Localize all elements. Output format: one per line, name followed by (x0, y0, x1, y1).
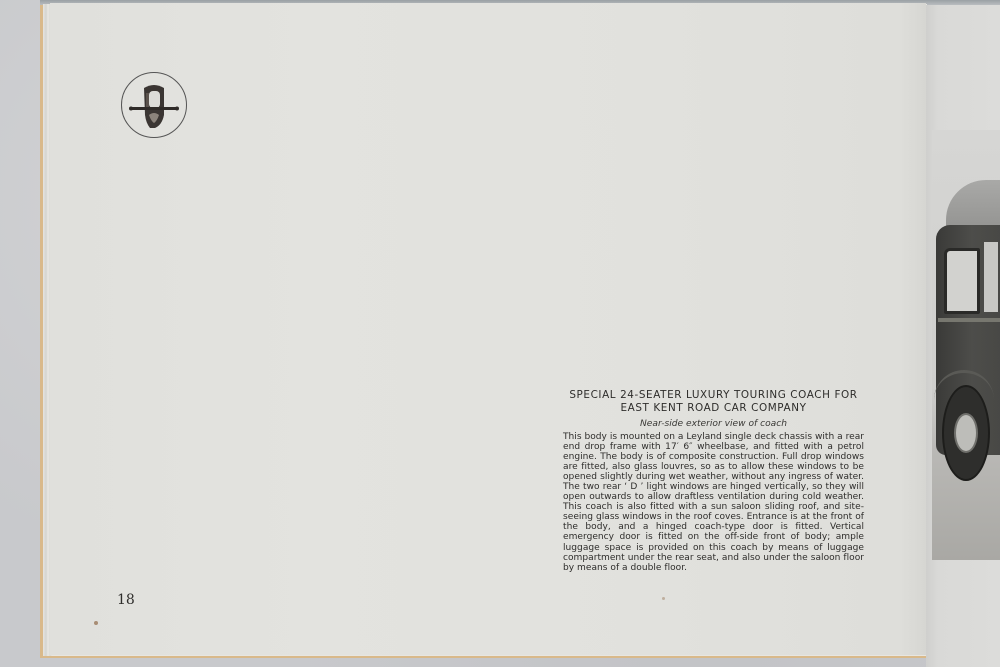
coach-hub (954, 413, 978, 453)
caption-title-line-2: EAST KENT ROAD CAR COMPANY (620, 402, 806, 414)
paper-speck (94, 621, 98, 625)
coach-photograph (932, 130, 1000, 560)
sedan-chair-emblem-icon (121, 72, 187, 138)
coach-window (944, 248, 980, 314)
paper-speck (662, 597, 665, 600)
page-number: 18 (117, 592, 135, 608)
caption-title-line-1: SPECIAL 24-SEATER LUXURY TOURING COACH F… (569, 389, 857, 401)
photo-caption: SPECIAL 24-SEATER LUXURY TOURING COACH F… (563, 389, 864, 573)
coach-band (938, 318, 1000, 322)
caption-body: This body is mounted on a Leyland single… (563, 432, 864, 573)
coach-window (984, 242, 998, 312)
caption-title: SPECIAL 24-SEATER LUXURY TOURING COACH F… (563, 389, 864, 414)
caption-subtitle: Near-side exterior view of coach (563, 419, 864, 429)
